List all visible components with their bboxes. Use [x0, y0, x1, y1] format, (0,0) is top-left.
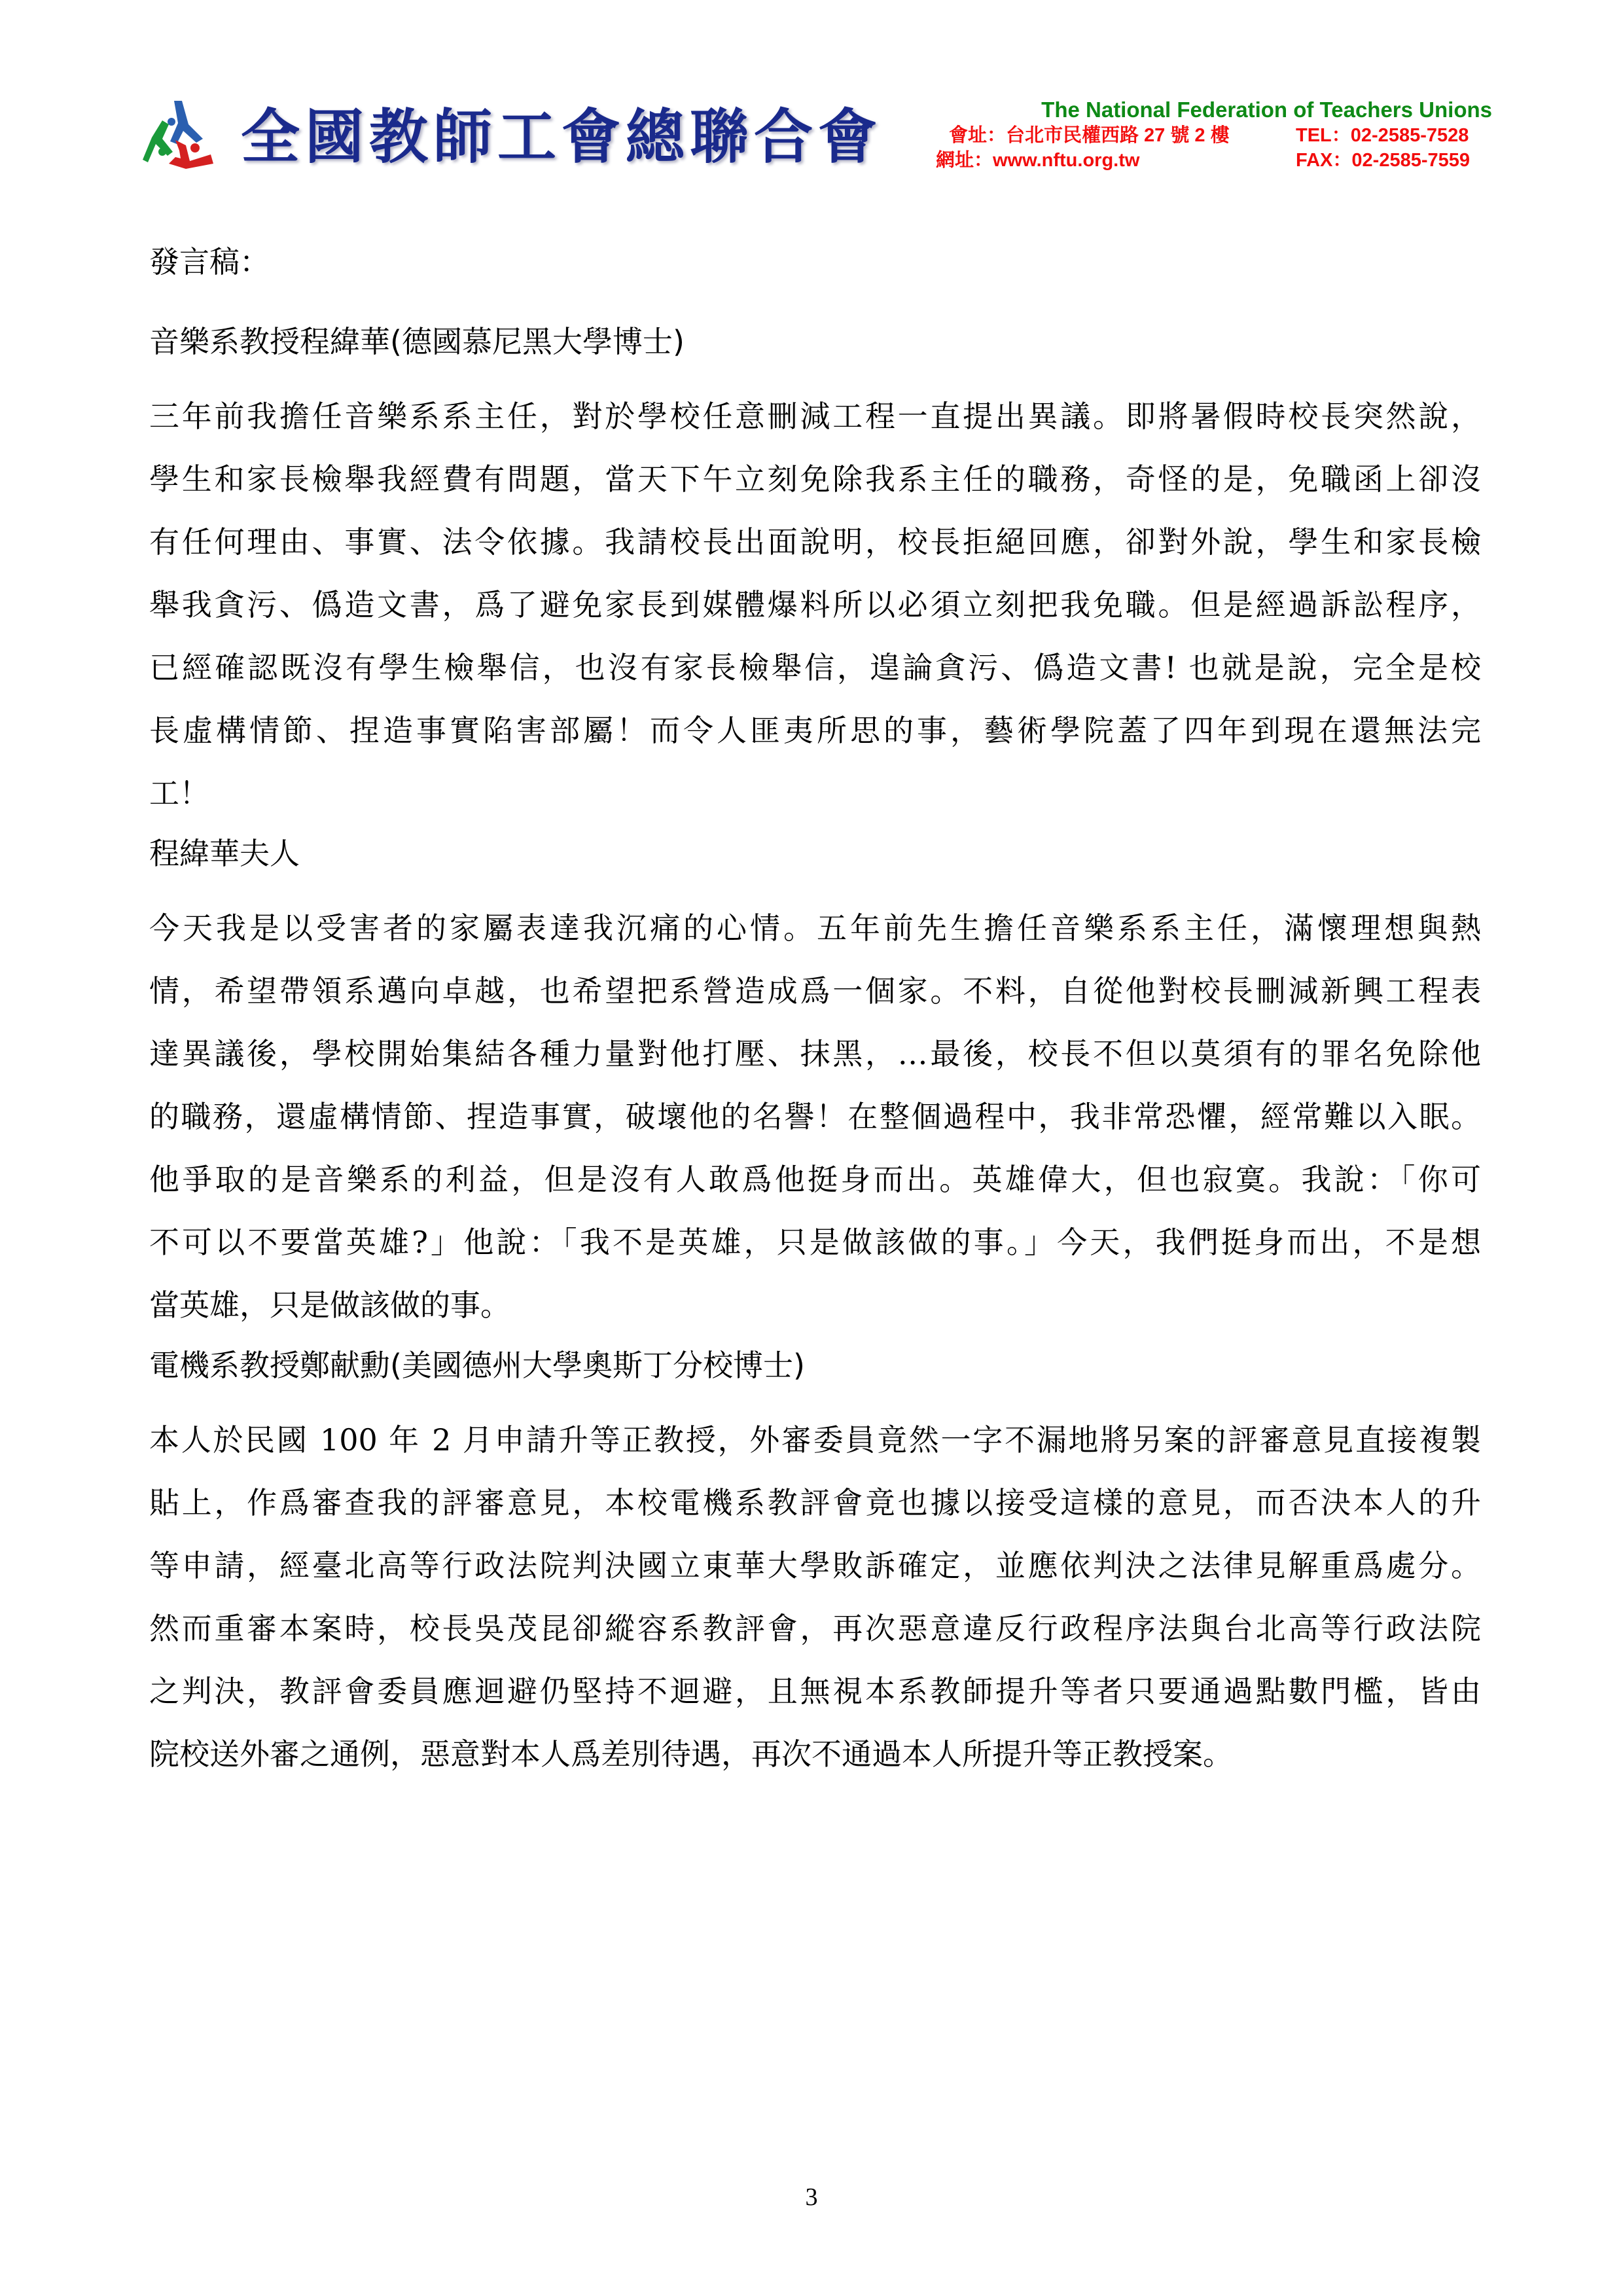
page-number: 3	[0, 2183, 1623, 2212]
section-paragraph: 三年前我擔任音樂系系主任，對於學校任意刪減工程一直提出異議。即將暑假時校長突然說…	[149, 385, 1481, 825]
document-title: 發言稿：	[149, 242, 1481, 281]
telephone: TEL：02-2585-7528	[1296, 123, 1469, 148]
paragraph-line: 貼上，作爲審查我的評審意見，本校電機系教評會竟也據以接受這樣的意見，而否決本人的…	[149, 1471, 1481, 1534]
document-body: 發言稿： 音樂系教授程緯華(德國慕尼黑大學博士) 三年前我擔任音樂系系主任，對於…	[149, 242, 1481, 1785]
section-heading: 電機系教授鄭献勳(美國德州大學奧斯丁分校博士)	[149, 1346, 1481, 1385]
contact-row-2: 網址：www.nftu.org.tw FAX：02-2585-7559	[916, 148, 1492, 173]
paragraph-line: 舉我貪污、僞造文書，爲了避免家長到媒體爆料所以必須立刻把我免職。但是經過訴訟程序…	[149, 573, 1481, 636]
paragraph-line: 工！	[149, 762, 1481, 825]
paragraph-line: 然而重審本案時，校長吳茂昆卻縱容系教評會，再次惡意違反行政程序法與台北高等行政法…	[149, 1597, 1481, 1660]
paragraph-line: 等申請，經臺北高等行政法院判決國立東華大學敗訴確定，並應依判決之法律見解重爲處分…	[149, 1534, 1481, 1597]
paragraph-line: 本人於民國 100 年 2 月申請升等正教授，外審委員竟然一字不漏地將另案的評審…	[149, 1408, 1481, 1471]
paragraph-line: 已經確認既沒有學生檢舉信，也沒有家長檢舉信，遑論貪污、僞造文書! 也就是說，完全…	[149, 636, 1481, 699]
three-figures-logo-icon	[143, 98, 215, 170]
paragraph-line: 不可以不要當英雄?」他說：「我不是英雄，只是做該做的事。」今天，我們挺身而出，不…	[149, 1211, 1481, 1274]
paragraph-line: 之判決，教評會委員應迴避仍堅持不迴避，且無視本系教師提升等者只要通過點數門檻，皆…	[149, 1660, 1481, 1723]
paragraph-line: 他爭取的是音樂系的利益，但是沒有人敢爲他挺身而出。英雄偉大，但也寂寞。我說：「你…	[149, 1148, 1481, 1211]
paragraph-line: 情，希望帶領系邁向卓越，也希望把系營造成爲一個家。不料，自從他對校長刪減新興工程…	[149, 960, 1481, 1022]
letterhead: 全國教師工會總聯合會 The National Federation of Te…	[0, 0, 1623, 196]
paragraph-line: 的職務，還虛構情節、捏造事實，破壞他的名譽！在整個過程中，我非常恐懼，經常難以入…	[149, 1085, 1481, 1148]
section-heading: 音樂系教授程緯華(德國慕尼黑大學博士)	[149, 322, 1481, 361]
paragraph-line: 當英雄，只是做該做的事。	[149, 1274, 1481, 1336]
website: 網址：www.nftu.org.tw	[936, 148, 1139, 173]
contact-block: The National Federation of Teachers Unio…	[916, 97, 1492, 173]
contact-row-1: 會址：台北市民權西路 27 號 2 樓 TEL：02-2585-7528	[916, 123, 1492, 148]
paragraph-line: 學生和家長檢舉我經費有問題，當天下午立刻免除我系主任的職務，奇怪的是，免職函上卻…	[149, 448, 1481, 511]
paragraph-line: 有任何理由、事實、法令依據。我請校長出面說明，校長拒絕回應，卻對外說，學生和家長…	[149, 511, 1481, 573]
org-name-en: The National Federation of Teachers Unio…	[916, 97, 1492, 123]
address: 會址：台北市民權西路 27 號 2 樓	[949, 123, 1230, 148]
org-logo: 全國教師工會總聯合會	[143, 98, 535, 177]
section-paragraph: 今天我是以受害者的家屬表達我沉痛的心情。五年前先生擔任音樂系系主任，滿懷理想與熱…	[149, 897, 1481, 1336]
paragraph-line: 今天我是以受害者的家屬表達我沉痛的心情。五年前先生擔任音樂系系主任，滿懷理想與熱	[149, 897, 1481, 960]
paragraph-line: 三年前我擔任音樂系系主任，對於學校任意刪減工程一直提出異議。即將暑假時校長突然說…	[149, 385, 1481, 448]
section-heading: 程緯華夫人	[149, 834, 1481, 873]
section-paragraph: 本人於民國 100 年 2 月申請升等正教授，外審委員竟然一字不漏地將另案的評審…	[149, 1408, 1481, 1785]
paragraph-line: 院校送外審之通例，惡意對本人爲差別待遇，再次不通過本人所提升等正教授案。	[149, 1723, 1481, 1785]
paragraph-line: 達異議後，學校開始集結各種力量對他打壓、抹黑，…最後，校長不但以莫須有的罪名免除…	[149, 1022, 1481, 1085]
fax: FAX：02-2585-7559	[1296, 148, 1470, 173]
org-name-zh: 全國教師工會總聯合會	[241, 101, 882, 173]
paragraph-line: 長虛構情節、捏造事實陷害部屬！而令人匪夷所思的事，藝術學院蓋了四年到現在還無法完	[149, 699, 1481, 762]
